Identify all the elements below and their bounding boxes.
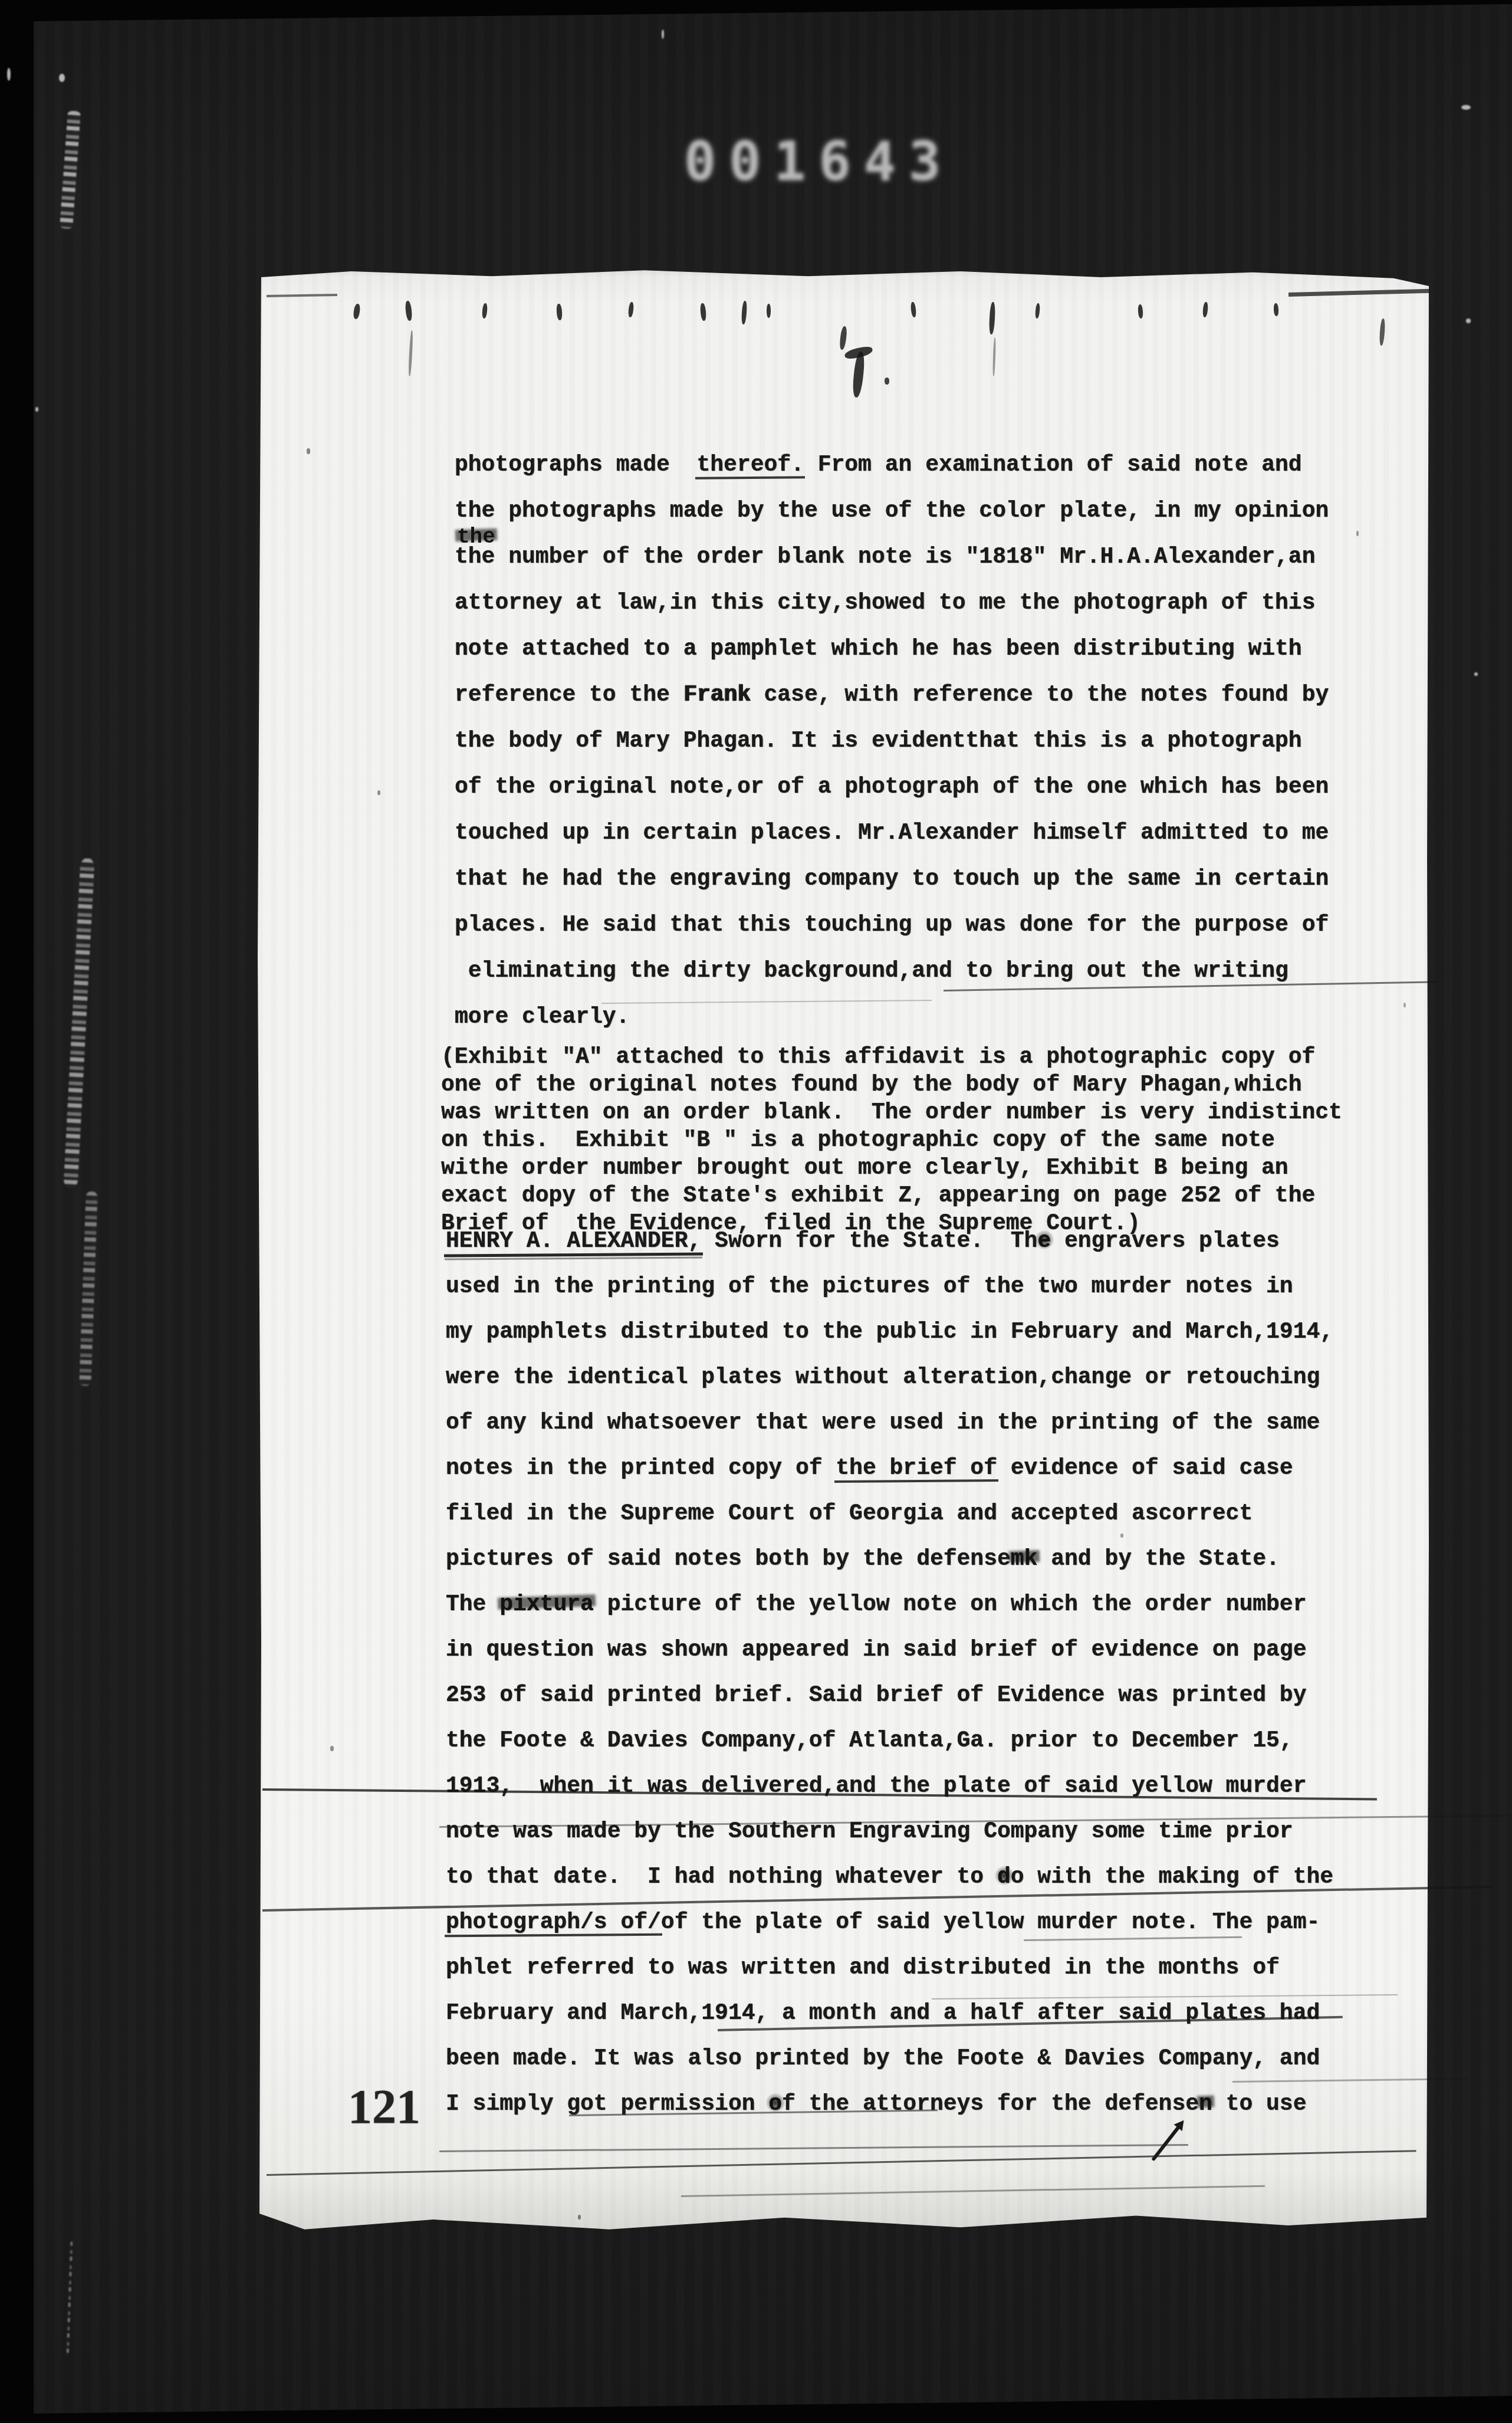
typewritten-line: HENRY A. ALEXANDER, Sworn for the State.… [446, 1219, 1333, 1264]
film-speck-light [59, 74, 65, 82]
typewritten-line: the number of the order blank note is "1… [455, 534, 1329, 580]
film-speck [767, 304, 771, 318]
film-speck [377, 790, 380, 795]
typewritten-line: (Exhibit "A" attached to this affidavit … [441, 1043, 1342, 1071]
typewritten-line: February and March,1914, a month and a h… [446, 1991, 1333, 2036]
film-speck-light [35, 407, 38, 412]
typewritten-line: note attached to a pamphlet which he has… [455, 626, 1329, 672]
microfilm-stamp: 001643 [684, 131, 954, 193]
typewritten-line: note was made by the Southern Engraving … [446, 1809, 1333, 1854]
typewritten-line: photographs made thereof. From an examin… [455, 442, 1329, 488]
typewritten-line: been made. It was also printed by the Fo… [446, 2036, 1333, 2081]
typewritten-line: one of the original notes found by the b… [441, 1071, 1342, 1099]
film-speck [1356, 531, 1359, 536]
film-speck-light [662, 29, 664, 39]
film-speck-light [1474, 672, 1478, 676]
typewritten-line: the body of Mary Phagan. It is evidentth… [455, 718, 1329, 764]
typewritten-line: the Foote & Davies Company,of Atlanta,Ga… [446, 1718, 1333, 1764]
film-speck [307, 448, 310, 454]
paragraph-exhibit-note: (Exhibit "A" attached to this affidavit … [441, 1043, 1342, 1237]
film-speck [1403, 1003, 1406, 1007]
typewritten-line: touched up in certain places. Mr.Alexand… [455, 810, 1329, 856]
paragraph-alexander-testimony: HENRY A. ALEXANDER, Sworn for the State.… [446, 1219, 1333, 2127]
microfilm-scan: 001643 photographs made thereof. From an… [0, 0, 1512, 2423]
film-speck-light [1461, 105, 1471, 110]
typewritten-line: filed in the Supreme Court of Georgia an… [446, 1491, 1333, 1536]
typewritten-line: on this. Exhibit "B " is a photographic … [441, 1127, 1342, 1154]
typewritten-line: the photographs made by the use of the c… [455, 488, 1329, 534]
struck-interline-correction: the [457, 525, 495, 549]
typewritten-line: was written on an order blank. The order… [441, 1099, 1342, 1127]
typewritten-line: eliminating the dirty background,and to … [455, 948, 1329, 994]
typewritten-line: of any kind whatsoever that were used in… [446, 1400, 1333, 1446]
film-speck-light [7, 68, 11, 81]
typewritten-line: phlet referred to was written and distri… [446, 1945, 1333, 1991]
film-speck [885, 377, 889, 385]
page-number: 121 [348, 2079, 420, 2135]
film-speck [330, 1746, 334, 1751]
typewritten-line: of the original note,or of a photograph … [455, 764, 1329, 810]
typewritten-line: I simply got permission of the attorneys… [446, 2081, 1333, 2127]
typewritten-line: that he had the engraving company to tou… [455, 856, 1329, 902]
typewritten-line: pictures of said notes both by the defen… [446, 1536, 1333, 1582]
typewritten-line: in question was shown appeared in said b… [446, 1627, 1333, 1673]
typewritten-line: reference to the Frank case, with refere… [455, 672, 1329, 718]
typewritten-line: used in the printing of the pictures of … [446, 1264, 1333, 1309]
typewritten-line: were the identical plates without altera… [446, 1355, 1333, 1400]
typewritten-line: my pamphlets distributed to the public i… [446, 1309, 1333, 1355]
typewritten-line: notes in the printed copy of the brief o… [446, 1446, 1333, 1491]
paragraph-affidavit-body: photographs made thereof. From an examin… [455, 442, 1329, 1040]
typewritten-line: 1913, when it was delivered,and the plat… [446, 1764, 1333, 1809]
typewritten-line: exact dopy of the State's exhibit Z, app… [441, 1182, 1342, 1210]
typewritten-line: 253 of said printed brief. Said brief of… [446, 1673, 1333, 1718]
typewritten-line: The pixtura picture of the yellow note o… [446, 1582, 1333, 1627]
film-speck [1120, 1534, 1123, 1538]
film-speck-light [1466, 319, 1471, 323]
typewritten-line: withe order number brought out more clea… [441, 1154, 1342, 1182]
typewritten-line: attorney at law,in this city,showed to m… [455, 580, 1329, 626]
film-speck [578, 2215, 581, 2220]
typewritten-line: places. He said that this touching up wa… [455, 902, 1329, 948]
